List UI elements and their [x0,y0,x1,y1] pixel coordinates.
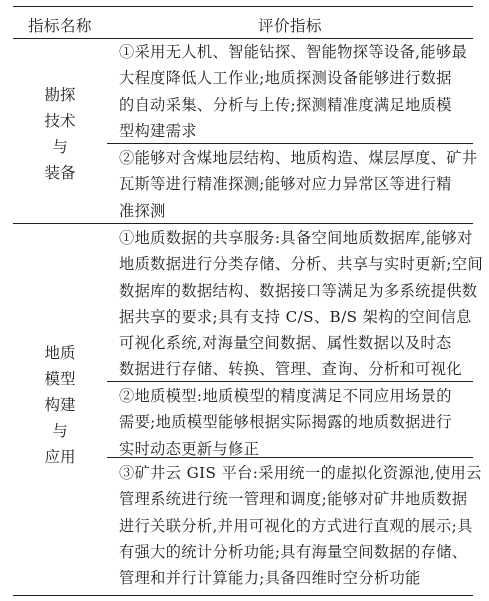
group-name-geological-model: 地质 模型 构建 与 应用 [13,340,107,470]
group-rule [13,223,473,224]
table-bottom-rule [13,595,473,596]
item-rule [107,381,473,382]
table-header-row: 指标名称 评价指标 [13,8,473,38]
criteria-item: ①采用无人机、智能钻探、智能物探等设备,能够最 大程度降低人工作业;地质探测设备… [119,39,471,144]
item-rule [107,143,473,144]
header-evaluation-criteria: 评价指标 [107,14,473,36]
criteria-item: ②能够对含煤地层结构、地质构造、煤层厚度、矿井 瓦斯等进行精准探测;能够对应力异… [119,145,471,224]
criteria-item: ②地质模型:地质模型的精度满足不同应用场景的 需要;地质模型能够根据实际揭露的地… [119,383,471,462]
criteria-item: ①地质数据的共享服务:具备空间地质数据库,能够对 地质数据进行分类存储、分析、共… [119,225,471,383]
criteria-item: ③矿井云 GIS 平台:采用统一的虚拟化资源池,使用云 管理系统进行统一管理和调… [119,460,471,591]
item-rule [107,457,473,458]
header-index-name: 指标名称 [13,14,107,36]
group-name-exploration: 勘探 技术 与 装备 [13,82,107,186]
table-top-rule [13,6,473,7]
